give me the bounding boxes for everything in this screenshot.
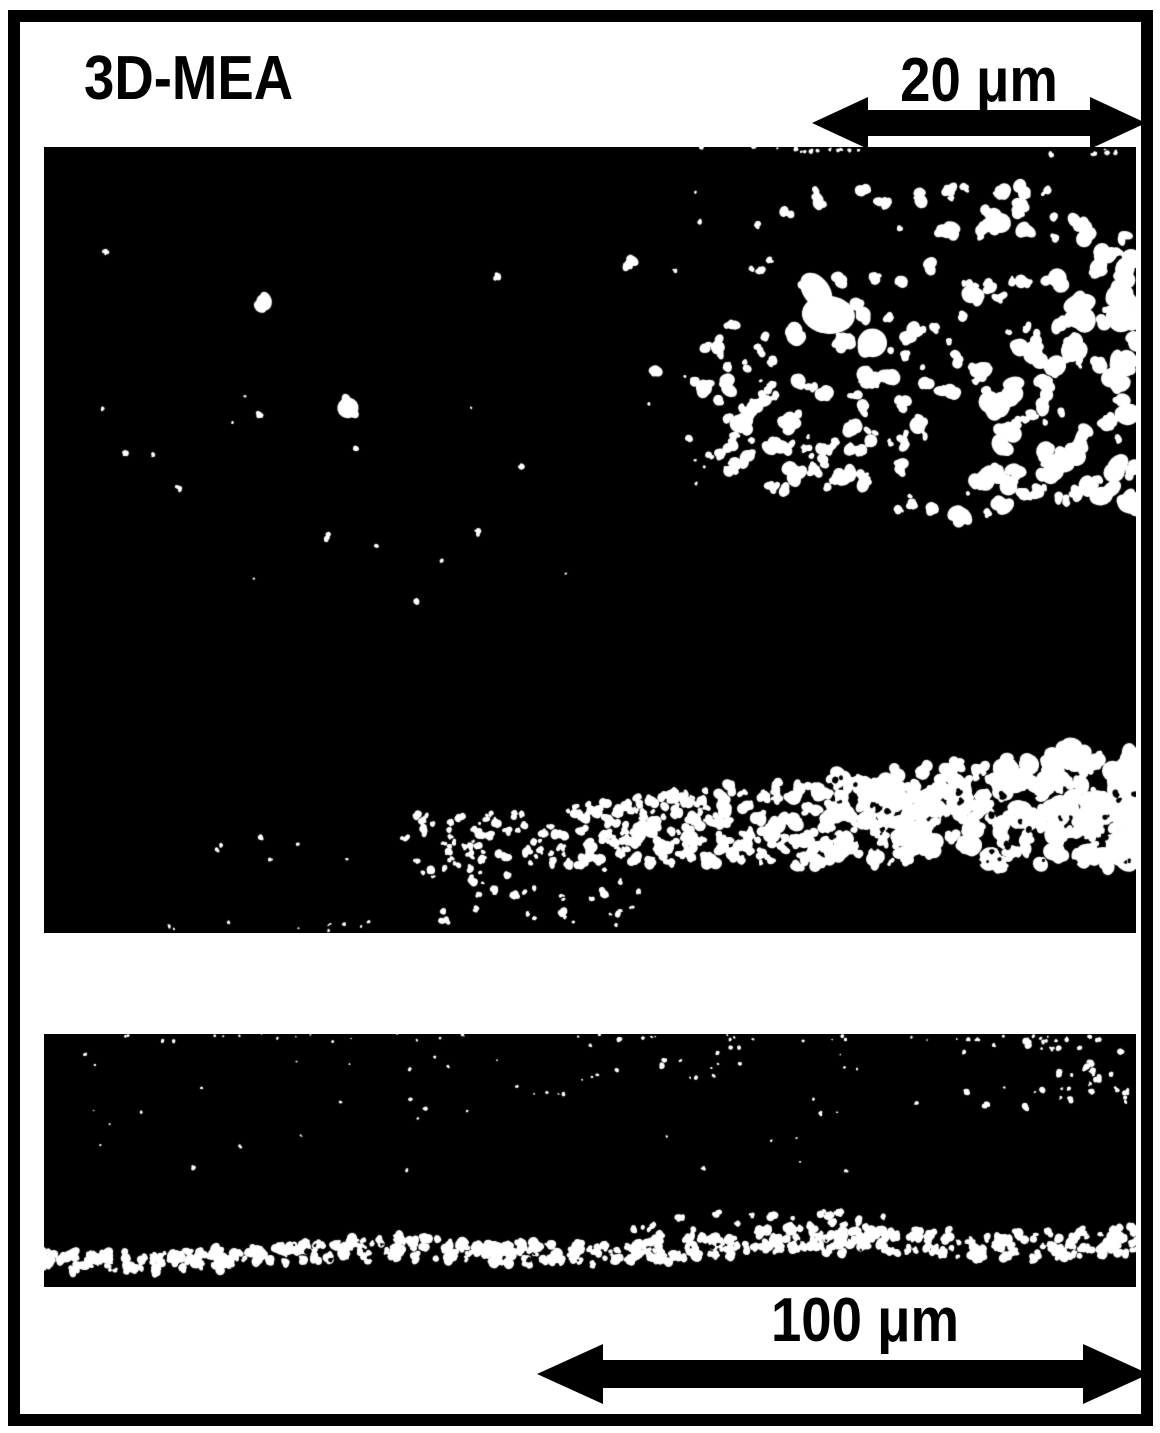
double-arrow-icon [812, 95, 1146, 151]
figure-title-label: 3D-MEA [84, 48, 293, 110]
figure-3d-mea: 3D-MEA 20 μm 100 μm [0, 0, 1160, 1433]
micrograph-top-canvas [44, 147, 1136, 933]
micrograph-bottom-canvas [44, 1034, 1136, 1287]
double-arrow-icon [537, 1341, 1149, 1407]
